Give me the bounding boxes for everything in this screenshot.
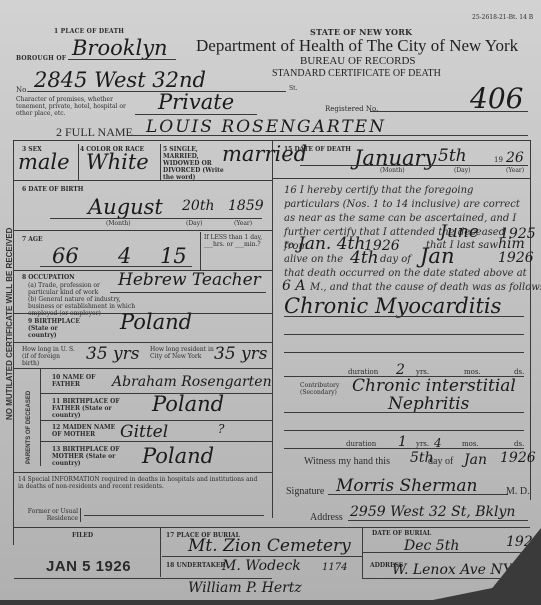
signature-label: Signature: [286, 486, 324, 497]
alive-year: 1926: [498, 250, 534, 266]
parents-label: PARENTS OF DECEASED: [26, 391, 32, 464]
place-of-death-label: 1 PLACE OF DEATH: [54, 28, 124, 35]
burial-address: W. Lenox Ave NY: [392, 562, 512, 578]
borough-label: BOROUGH OF: [16, 55, 66, 62]
alive-label: alive on the: [284, 254, 343, 265]
mother-birthplace-value: Poland: [142, 444, 214, 468]
death-year: 26: [506, 150, 524, 166]
filed-stamp: JAN 5 1926: [46, 558, 131, 575]
borough-value: Brooklyn: [72, 36, 168, 60]
nyc-residence-value: 35 yrs: [214, 344, 268, 364]
age-years: 66: [52, 244, 79, 268]
physician-address: 2959 West 32 St, Bklyn: [350, 504, 515, 520]
death-year-prefix: 19: [494, 156, 503, 164]
father-birthplace-value: Poland: [152, 392, 224, 416]
burial-date-label: DATE OF BURIAL: [372, 530, 431, 537]
nyc-residence-label: How long resident in City of New York: [150, 346, 214, 360]
day-of-label: day of: [380, 254, 411, 265]
cause-secondary-line1: Chronic interstitial: [352, 376, 516, 396]
death-certificate: 25-2618-21-Bt. 14 B STATE OF NEW YORK De…: [0, 0, 541, 600]
undertaker-name: M. Wodeck: [222, 558, 301, 574]
trade-label: (a) Trade, profession or particular kind…: [28, 282, 116, 296]
cause-secondary-line2: Nephritis: [388, 394, 469, 414]
alive-day: 4th: [350, 248, 379, 268]
dob-year: 1859: [228, 198, 264, 214]
witness-label: Witness my hand this: [304, 456, 390, 467]
death-day: 5th: [438, 146, 467, 166]
dob-year-caption: (Year): [234, 220, 252, 227]
color-value: White: [86, 150, 149, 174]
premises-label: Character of premises, whether tenement,…: [16, 96, 134, 117]
cause-primary: Chronic Myocarditis: [284, 294, 501, 318]
age-days: 15: [160, 244, 187, 268]
witness-year: 1926: [500, 450, 536, 466]
contributory-label: Contributory (Secondary): [300, 382, 348, 396]
trade-value: Hebrew Teacher: [118, 270, 261, 290]
death-time: 6 A: [282, 278, 305, 294]
burial-date-year: 1926: [506, 534, 541, 550]
mother-name-value: Gittel: [120, 422, 168, 442]
mother-name-extra: ?: [218, 422, 224, 436]
primary-yrs-label: yrs.: [416, 368, 429, 376]
attended-from: June: [440, 222, 479, 242]
primary-duration-label: duration: [348, 368, 378, 376]
mother-birthplace-label: 13 BIRTHPLACE OF MOTHER (State or countr…: [52, 446, 124, 467]
death-day-caption: (Day): [454, 167, 470, 174]
alive-month: Jan: [420, 244, 454, 268]
department-title: Department of Health of The City of New …: [196, 36, 518, 56]
age-label: 7 AGE: [22, 236, 43, 243]
father-birthplace-label: 11 BIRTHPLACE OF FATHER (State or countr…: [52, 398, 132, 419]
cause-text: M., and that the cause of death was as f…: [310, 282, 541, 293]
dob-day: 20th: [182, 198, 214, 214]
father-name-label: 10 NAME OF FATHER: [52, 374, 102, 388]
sex-value: male: [18, 150, 70, 174]
bureau-heading: BUREAU OF RECORDS: [300, 55, 416, 67]
former-residence-label: Former or Usual Residence: [18, 508, 78, 522]
side-notice: NO MUTILATED CERTIFICATE WILL BE RECEIVE…: [5, 228, 14, 420]
undertaker-signature: William P. Hertz: [188, 580, 302, 596]
mother-name-label: 12 MAIDEN NAME OF MOTHER: [52, 424, 124, 438]
death-year-caption: (Year): [506, 167, 524, 174]
secondary-duration-label: duration: [346, 440, 376, 448]
birthplace-value: Poland: [120, 310, 192, 334]
premises-value: Private: [158, 90, 234, 114]
us-residence-value: 35 yrs: [86, 344, 140, 364]
secondary-mos-label: mos.: [462, 440, 479, 448]
dob-day-caption: (Day): [186, 220, 202, 227]
primary-mos-label: mos.: [464, 368, 481, 376]
occupation-label: 8 OCCUPATION: [22, 274, 75, 281]
form-number: 25-2618-21-Bt. 14 B: [472, 14, 533, 21]
less-than-label: If LESS than 1 day, ___hrs. or ___min.?: [204, 234, 266, 248]
full-name-value: Louis Rosengarten: [146, 117, 386, 137]
md-label: M. D.: [506, 486, 530, 497]
street-address-value: 2845 West 32nd: [34, 68, 206, 92]
st-label: St.: [289, 85, 297, 92]
death-month-caption: (Month): [380, 167, 405, 174]
death-time-text: that death occurred on the date stated a…: [284, 268, 527, 279]
full-name-label: 2 FULL NAME: [56, 125, 133, 140]
marital-label: 5 SINGLE, MARRIED, WIDOWED OR DIVORCED (…: [163, 146, 225, 181]
us-residence-label: How long in U. S. (if of foreign birth): [22, 346, 78, 367]
secondary-ds-label: ds.: [514, 440, 524, 448]
witness-day-of: day of: [428, 456, 453, 467]
undertaker-number: 1174: [322, 562, 347, 573]
birthplace-label: 9 BIRTHPLACE (State or country): [28, 318, 88, 339]
witness-month: Jan: [464, 452, 487, 468]
burial-place: Mt. Zion Cemetery: [188, 536, 351, 556]
secondary-yrs-label: yrs.: [416, 440, 429, 448]
date-of-death-label: 15 DATE OF DEATH: [284, 146, 351, 153]
dob-month: August: [88, 195, 163, 219]
certificate-type: STANDARD CERTIFICATE OF DEATH: [272, 68, 441, 79]
primary-ds-label: ds.: [514, 368, 524, 376]
address-label: Address: [310, 512, 343, 523]
dob-label: 6 DATE OF BIRTH: [22, 186, 83, 193]
undertaker-label: 18 UNDERTAKER: [166, 562, 225, 569]
father-name-value: Abraham Rosengarten: [112, 374, 272, 390]
filed-label: FILED: [72, 532, 93, 539]
special-info-label: 14 Special INFORMATION required in death…: [18, 476, 258, 490]
age-months: 4: [118, 244, 131, 268]
no-label: No.: [16, 86, 28, 94]
physician-signature: Morris Sherman: [336, 476, 477, 496]
to-label: to: [284, 240, 294, 251]
dob-month-caption: (Month): [106, 220, 131, 227]
